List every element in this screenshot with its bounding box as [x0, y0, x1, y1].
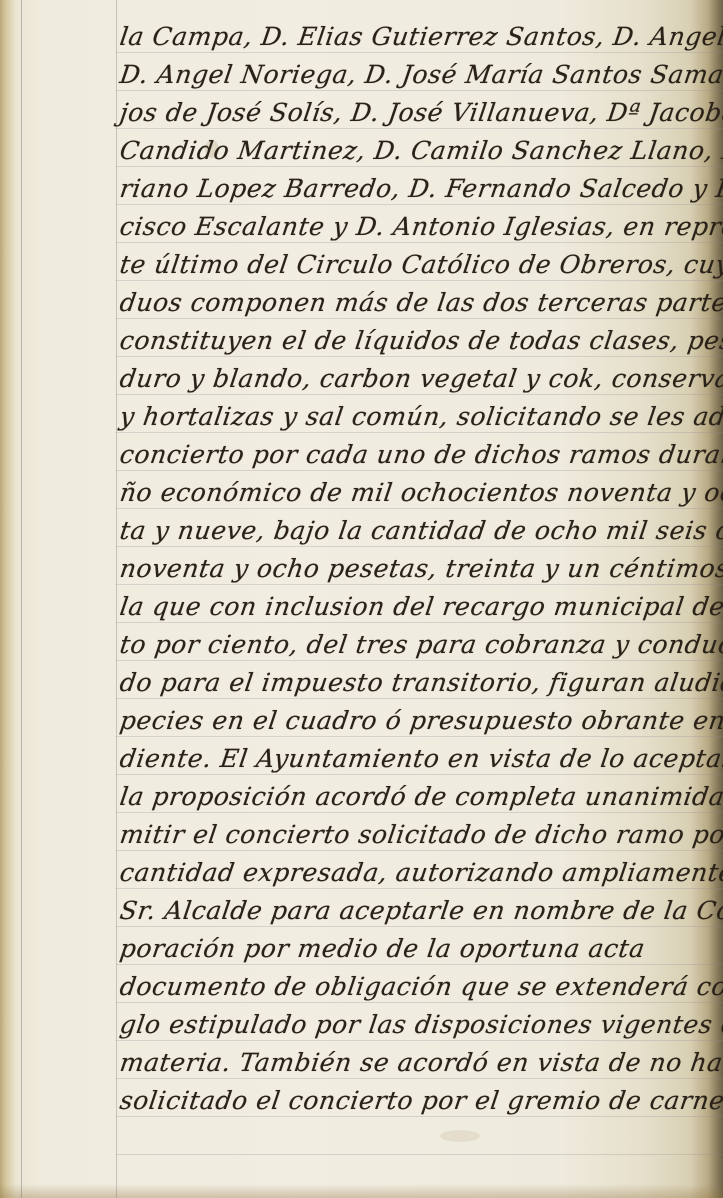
text-line: glo estipulado por las disposiciones vig… — [118, 1010, 723, 1039]
manuscript-page: la Campa, D. Elias Gutierrez Santos, D. … — [0, 0, 723, 1198]
text-line: duos componen más de las dos terceras pa… — [118, 288, 723, 317]
text-line: do para el impuesto transitorio, figuran… — [118, 668, 723, 697]
rule-line — [116, 736, 723, 737]
text-line: la proposición acordó de completa unanim… — [118, 782, 723, 811]
paper-stain — [440, 1130, 480, 1142]
rule-line — [116, 508, 723, 509]
rule-line — [116, 394, 723, 395]
text-line: jos de José Solís, D. José Villanueva, D… — [118, 98, 723, 127]
text-line: documento de obligación que se extenderá… — [118, 972, 723, 1001]
rule-line — [116, 1116, 723, 1117]
text-line: materia. También se acordó en vista de n… — [118, 1048, 723, 1077]
rule-line — [116, 318, 723, 319]
text-line: to por ciento, del tres para cobranza y … — [118, 630, 723, 659]
rule-line — [116, 1040, 723, 1041]
rule-line — [116, 926, 723, 927]
text-line: constituyen el de líquidos de todas clas… — [118, 326, 723, 355]
rule-line — [116, 280, 723, 281]
text-line: noventa y ocho pesetas, treinta y un cén… — [118, 554, 723, 583]
text-line: poración por medio de la oportuna acta — [118, 934, 647, 963]
text-line: D. Angel Noriega, D. José María Santos S… — [118, 60, 723, 89]
rule-line — [116, 698, 723, 699]
text-line: cisco Escalante y D. Antonio Iglesias, e… — [118, 212, 723, 241]
text-line: la Campa, D. Elias Gutierrez Santos, D. … — [118, 22, 723, 51]
rule-line — [116, 1154, 723, 1155]
rule-line — [116, 242, 723, 243]
text-line: y hortalizas y sal común, solicitando se… — [118, 402, 723, 431]
text-line: solicitado el concierto por el gremio de… — [118, 1086, 723, 1115]
text-line: cantidad expresada, autorizando ampliame… — [118, 858, 723, 887]
rule-line — [116, 774, 723, 775]
text-line: ta y nueve, bajo la cantidad de ocho mil… — [118, 516, 723, 545]
text-line: pecies en el cuadro ó presupuesto obrant… — [118, 706, 723, 735]
text-line: diente. El Ayuntamiento en vista de lo a… — [118, 744, 723, 773]
rule-line — [116, 584, 723, 585]
rule-line — [116, 356, 723, 357]
rule-line — [116, 622, 723, 623]
text-line: duro y blando, carbon vegetal y cok, con… — [118, 364, 723, 393]
text-line: te último del Circulo Católico de Obrero… — [118, 250, 723, 279]
text-line: Candido Martinez, D. Camilo Sanchez Llan… — [118, 136, 723, 165]
text-line: la que con inclusion del recargo municip… — [118, 592, 723, 621]
outer-margin-line — [21, 0, 22, 1198]
rule-line — [116, 812, 723, 813]
text-line: mitir el concierto solicitado de dicho r… — [118, 820, 723, 849]
rule-line — [116, 850, 723, 851]
rule-line — [116, 470, 723, 471]
text-line: riano Lopez Barredo, D. Fernando Salcedo… — [118, 174, 723, 203]
rule-line — [116, 1078, 723, 1079]
rule-line — [116, 546, 723, 547]
rule-line — [116, 1002, 723, 1003]
rule-line — [116, 166, 723, 167]
text-line: concierto por cada uno de dichos ramos d… — [118, 440, 723, 469]
rule-line — [116, 432, 723, 433]
rule-line — [116, 90, 723, 91]
rule-line — [116, 888, 723, 889]
rule-line — [116, 52, 723, 53]
rule-line — [116, 964, 723, 965]
inner-margin-line — [116, 0, 117, 1198]
rule-line — [116, 204, 723, 205]
text-line: ño económico de mil ochocientos noventa … — [118, 478, 723, 507]
text-line: Sr. Alcalde para aceptarle en nombre de … — [118, 896, 723, 925]
rule-line — [116, 660, 723, 661]
rule-line — [116, 128, 723, 129]
